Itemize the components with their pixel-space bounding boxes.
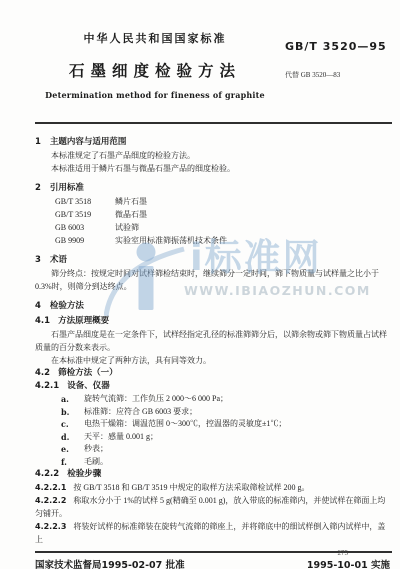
clause-text: 按 GB/T 3518 和 GB/T 3519 中规定的取样方法采取筛检试样 2… bbox=[73, 483, 309, 492]
equipment-letter: c. bbox=[61, 418, 84, 431]
equipment-text: 标准筛：应符合 GB 6003 要求； bbox=[84, 406, 197, 419]
reference-code: GB 6003 bbox=[55, 221, 115, 234]
header-rule bbox=[35, 122, 392, 124]
reference-name: 实验室用标准筛振荡机技术条件 bbox=[115, 234, 227, 247]
section-title: 主题内容与适用范围 bbox=[50, 137, 127, 147]
clause-number: 4.2.2.1 bbox=[35, 483, 66, 492]
reference-name: 鳞片石墨 bbox=[115, 195, 147, 208]
section-number: 1 bbox=[35, 137, 41, 147]
clause-4-1-heading: 4.1方法原理概要 bbox=[35, 315, 390, 328]
equipment-letter: d. bbox=[61, 431, 84, 444]
equipment-item: d. 天平：感量 0.001 g； bbox=[35, 431, 390, 444]
clause-title: 方法原理概要 bbox=[58, 316, 109, 326]
footer: 国家技术监督局1995-02-07 批准 1995-10-01 实施 bbox=[35, 557, 390, 569]
reference-name: 微晶石墨 bbox=[115, 208, 147, 221]
equipment-text: 电热干燥箱：调温范围 0～300℃，控温器的灵敏度±1℃； bbox=[84, 418, 286, 431]
clause-4-2-2-2: 4.2.2.2称取水分小于 1%的试样 5 g(精确至 0.001 g)，放入带… bbox=[35, 494, 390, 520]
clause-4-1-paragraph: 在本标准中规定了两种方法，具有同等效力。 bbox=[35, 354, 390, 367]
section-1-paragraph: 本标准规定了石墨产品细度的检验方法。 bbox=[35, 149, 390, 162]
document-page: 中华人民共和国国家标准 石墨细度检验方法 Determination metho… bbox=[0, 0, 400, 569]
superseded-standard: 代替 GB 3520—83 bbox=[285, 70, 387, 80]
document-title-en: Determination method for fineness of gra… bbox=[35, 90, 275, 100]
clause-number: 4.2 bbox=[35, 368, 50, 378]
document-title-cn: 石墨细度检验方法 bbox=[35, 59, 275, 81]
section-number: 4 bbox=[35, 301, 41, 311]
standard-number-block: GB/T 3520—95 代替 GB 3520—83 bbox=[285, 30, 387, 100]
clause-title: 设备、仪器 bbox=[67, 381, 110, 391]
clause-number: 4.1 bbox=[35, 316, 50, 326]
equipment-letter: b. bbox=[61, 406, 84, 419]
reference-item: GB 6003 试验筛 bbox=[35, 221, 390, 234]
clause-number: 4.2.1 bbox=[35, 381, 59, 391]
equipment-letter: e. bbox=[61, 443, 84, 456]
section-title: 术语 bbox=[50, 255, 67, 265]
document-body: 1主题内容与适用范围 本标准规定了石墨产品细度的检验方法。 本标准适用于鳞片石墨… bbox=[35, 136, 390, 546]
clause-4-2-2-heading: 4.2.2检验步骤 bbox=[35, 468, 390, 481]
equipment-letter: f. bbox=[61, 456, 84, 469]
clause-4-2-2-1: 4.2.2.1按 GB/T 3518 和 GB/T 3519 中规定的取样方法采… bbox=[35, 481, 390, 494]
section-1-heading: 1主题内容与适用范围 bbox=[35, 136, 390, 149]
approval-note: 国家技术监督局1995-02-07 批准 bbox=[35, 557, 185, 569]
equipment-text: 旋转气流筛：工作负压 2 000～6 000 Pa； bbox=[84, 393, 228, 406]
clause-4-2-heading: 4.2筛检方法（一） bbox=[35, 367, 390, 380]
equipment-text: 天平：感量 0.001 g； bbox=[84, 431, 158, 444]
national-standard-label: 中华人民共和国国家标准 bbox=[35, 30, 275, 46]
section-2-heading: 2引用标准 bbox=[35, 182, 390, 195]
section-number: 2 bbox=[35, 183, 41, 193]
standard-number: GB/T 3520—95 bbox=[285, 40, 387, 53]
equipment-text: 秒表； bbox=[84, 443, 108, 456]
equipment-text: 毛刷。 bbox=[84, 456, 108, 469]
standard-header: 中华人民共和国国家标准 石墨细度检验方法 Determination metho… bbox=[0, 0, 400, 100]
implementation-note: 1995-10-01 实施 bbox=[307, 557, 390, 569]
clause-title: 检验步骤 bbox=[67, 469, 101, 479]
equipment-letter: a. bbox=[61, 393, 84, 406]
section-3-paragraph: 筛分终点：按规定时间对试样筛检结束时，继续筛分一定时间，筛下物质量与试样量之比小… bbox=[35, 267, 390, 293]
clause-4-2-2-3: 4.2.2.3将装好试样的标准筛装在旋转气流筛的筛座上，并将筛底中的细试样倒入筛… bbox=[35, 520, 390, 546]
clause-4-2-1-heading: 4.2.1设备、仪器 bbox=[35, 380, 390, 393]
reference-item: GB/T 3519 微晶石墨 bbox=[35, 208, 390, 221]
reference-code: GB/T 3519 bbox=[55, 208, 115, 221]
equipment-item: f. 毛刷。 bbox=[35, 456, 390, 469]
equipment-item: a. 旋转气流筛：工作负压 2 000～6 000 Pa； bbox=[35, 393, 390, 406]
equipment-item: b. 标准筛：应符合 GB 6003 要求； bbox=[35, 406, 390, 419]
clause-number: 4.2.2.2 bbox=[35, 496, 66, 505]
reference-code: GB/T 3518 bbox=[55, 195, 115, 208]
clause-title: 筛检方法（一） bbox=[58, 368, 118, 378]
page-number: 275 bbox=[338, 549, 349, 557]
clause-text: 称取水分小于 1%的试样 5 g(精确至 0.001 g)，放入带底的标准筛内，… bbox=[35, 496, 385, 518]
equipment-item: c. 电热干燥箱：调温范围 0～300℃，控温器的灵敏度±1℃； bbox=[35, 418, 390, 431]
section-3-heading: 3术语 bbox=[35, 254, 390, 267]
clause-4-1-paragraph: 石墨产品细度是在一定条件下，试样经指定孔径的标准筛筛分后，以筛余物或筛下物质量占… bbox=[35, 328, 390, 354]
clause-text: 将装好试样的标准筛装在旋转气流筛的筛座上，并将筛底中的细试样倒入筛内试样中，盖上 bbox=[35, 522, 385, 544]
section-title: 引用标准 bbox=[50, 183, 84, 193]
section-1-paragraph: 本标准适用于鳞片石墨与微晶石墨产品的细度检验。 bbox=[35, 162, 390, 175]
clause-number: 4.2.2 bbox=[35, 469, 59, 479]
equipment-item: e. 秒表； bbox=[35, 443, 390, 456]
section-title: 检验方法 bbox=[50, 301, 84, 311]
reference-name: 试验筛 bbox=[115, 221, 139, 234]
reference-code: GB 9909 bbox=[55, 234, 115, 247]
section-number: 3 bbox=[35, 255, 41, 265]
reference-item: GB 9909 实验室用标准筛振荡机技术条件 bbox=[35, 234, 390, 247]
section-4-heading: 4检验方法 bbox=[35, 300, 390, 313]
reference-item: GB/T 3518 鳞片石墨 bbox=[35, 195, 390, 208]
clause-number: 4.2.2.3 bbox=[35, 522, 66, 531]
header-title-block: 中华人民共和国国家标准 石墨细度检验方法 Determination metho… bbox=[35, 30, 275, 100]
